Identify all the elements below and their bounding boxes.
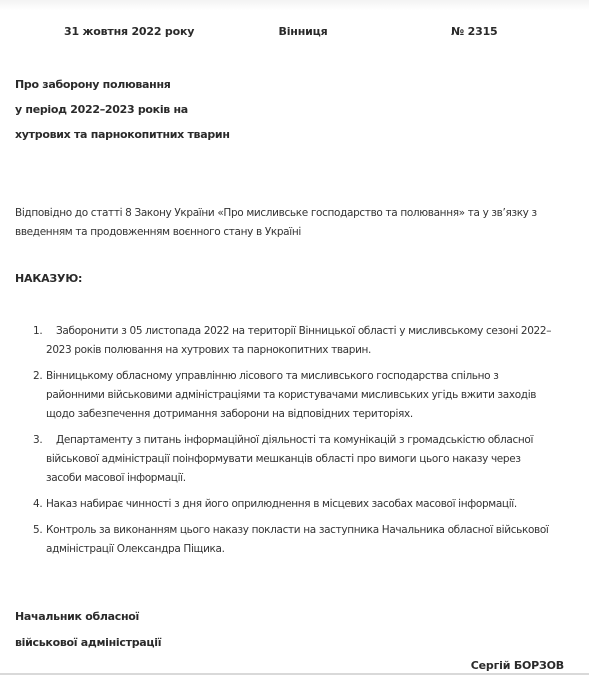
document-number: № 2315 bbox=[451, 25, 497, 38]
document-title-line: Про заборону полювання bbox=[15, 78, 171, 91]
document-city: Вінниця bbox=[248, 25, 358, 38]
order-item: 3. Департаменту з питань інформаційної д… bbox=[33, 431, 553, 488]
item-text: Заборонити з 05 листопада 2022 на терито… bbox=[46, 325, 551, 356]
item-text-content: Департаменту з питань інформаційної діял… bbox=[46, 434, 533, 484]
document-date: 31 жовтня 2022 року bbox=[64, 25, 194, 38]
item-text: Вінницькому обласному управлінню лісовог… bbox=[46, 370, 536, 420]
order-item: 5. Контроль за виконанням цього наказу п… bbox=[33, 521, 553, 559]
signatory-name: Сергій БОРЗОВ bbox=[471, 659, 564, 672]
item-number: 1. bbox=[33, 322, 42, 341]
item-number: 4. bbox=[33, 495, 42, 514]
item-text-content: Заборонити з 05 листопада 2022 на терито… bbox=[46, 325, 551, 356]
item-text: Наказ набирає чинності з дня його оприлю… bbox=[46, 498, 517, 510]
order-document: 31 жовтня 2022 року Вінниця № 2315 Про з… bbox=[0, 0, 589, 675]
document-title-line: хутрових та парнокопитних тварин bbox=[15, 128, 230, 141]
item-text: Контроль за виконанням цього наказу покл… bbox=[46, 524, 549, 555]
order-items-list: 1. Заборонити з 05 листопада 2022 на тер… bbox=[33, 322, 553, 566]
document-title-line: у період 2022–2023 років на bbox=[15, 103, 188, 116]
item-number: 3. bbox=[33, 431, 42, 450]
signatory-position-line: військової адміністрації bbox=[15, 636, 161, 649]
order-item: 1. Заборонити з 05 листопада 2022 на тер… bbox=[33, 322, 553, 360]
order-heading: НАКАЗУЮ: bbox=[15, 272, 82, 285]
item-number: 2. bbox=[33, 367, 42, 386]
item-number: 5. bbox=[33, 521, 42, 540]
preamble-paragraph: Відповідно до статті 8 Закону України «П… bbox=[15, 204, 555, 242]
order-item: 2. Вінницькому обласному управлінню лісо… bbox=[33, 367, 553, 424]
item-text: Департаменту з питань інформаційної діял… bbox=[46, 434, 533, 484]
signatory-position-line: Начальник обласної bbox=[15, 610, 139, 623]
order-item: 4. Наказ набирає чинності з дня його опр… bbox=[33, 495, 553, 514]
